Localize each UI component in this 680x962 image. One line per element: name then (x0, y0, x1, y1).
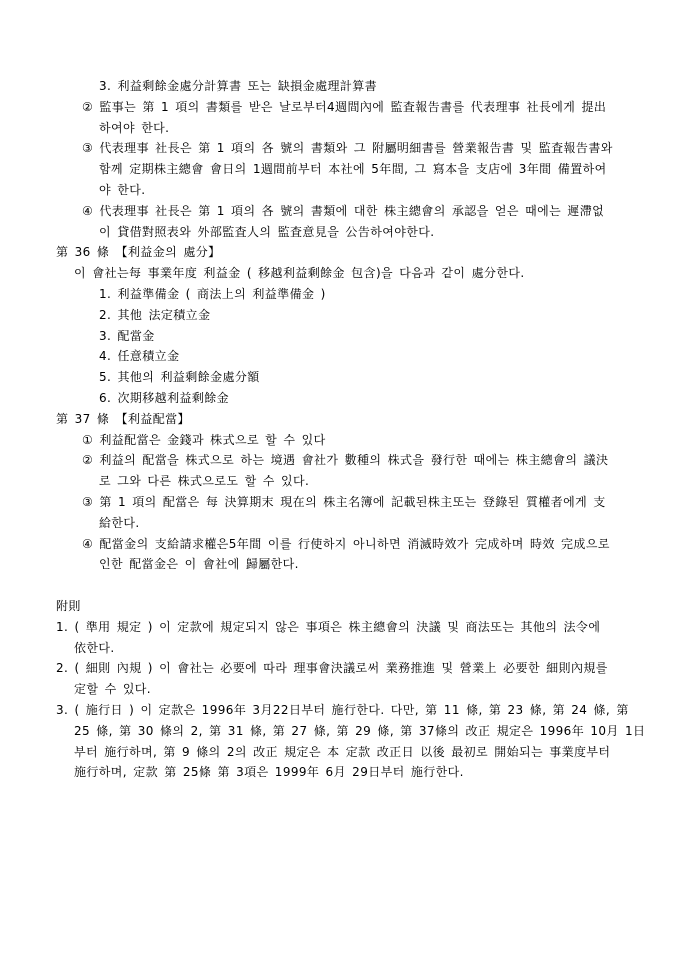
clause: ③ 第 1 項의 配當은 每 決算期末 現在의 株主名簿에 記載된株主또는 登錄… (82, 492, 680, 513)
continuation: 함께 定期株主總會 會日의 1週間前부터 本社에 5年間, 그 寫本을 支店에 … (99, 159, 680, 180)
paragraph-intro: 이 會社는每 事業年度 利益金 ( 移越利益剩餘金 包含)을 다음과 같이 處分… (74, 263, 680, 284)
blank-line (56, 575, 680, 596)
addendum-item: 3. ( 施行日 ) 이 定款은 1996年 3月22日부터 施行한다. 다만,… (56, 700, 680, 721)
continuation: 25 條, 第 30 條의 2, 第 31 條, 第 27 條, 第 29 條,… (74, 721, 680, 742)
continuation: 施行하며, 定款 第 25條 第 3項은 1999年 6月 29日부터 施行한다… (74, 762, 680, 783)
clause: ② 監事는 第 1 項의 書類를 받은 날로부터4週間內에 監査報告書를 代表理… (82, 97, 680, 118)
list-item: 3. 配當金 (99, 326, 680, 347)
addendum-heading: 附則 (56, 596, 680, 617)
continuation: 로 그와 다른 株式으로도 할 수 있다. (99, 471, 680, 492)
continuation: 하여야 한다. (99, 118, 680, 139)
clause: ② 利益의 配當을 株式으로 하는 境遇 會社가 數種의 株式을 發行한 때에는… (82, 450, 680, 471)
list-item: 5. 其他의 利益剩餘金處分額 (99, 367, 680, 388)
clause: ④ 配當金의 支給請求權은5年間 이를 行使하지 아니하면 消滅時效가 完成하며… (82, 534, 680, 555)
continuation: 야 한다. (99, 180, 680, 201)
addendum-item: 1. ( 準用 規定 ) 이 定款에 規定되지 않은 事項은 株主總會의 決議 … (56, 617, 680, 638)
list-item: 6. 次期移越利益剩餘金 (99, 388, 680, 409)
list-item: 2. 其他 法定積立金 (99, 305, 680, 326)
article-heading: 第 37 條 【利益配當】 (56, 409, 680, 430)
article-heading: 第 36 條 【利益金의 處分】 (56, 242, 680, 263)
document-page: 3. 利益剩餘金處分計算書 또는 缺損金處理計算書② 監事는 第 1 項의 書類… (0, 0, 680, 962)
continuation: 依한다. (74, 638, 680, 659)
list-item: 4. 任意積立金 (99, 346, 680, 367)
clause: ① 利益配當은 金錢과 株式으로 할 수 있다 (82, 430, 680, 451)
clause: ④ 代表理事 社長은 第 1 項의 各 號의 書類에 대한 株主總會의 承認을 … (82, 201, 680, 222)
continuation: 定할 수 있다. (74, 679, 680, 700)
document-text-block: 3. 利益剩餘金處分計算書 또는 缺損金處理計算書② 監事는 第 1 項의 書類… (0, 76, 680, 783)
list-item: 1. 利益準備金 ( 商法上의 利益準備金 ) (99, 284, 680, 305)
continuation: 인한 配當金은 이 會社에 歸屬한다. (99, 554, 680, 575)
list-item: 3. 利益剩餘金處分計算書 또는 缺損金處理計算書 (99, 76, 680, 97)
continuation: 이 貸借對照表와 外部監査人의 監査意見을 公告하여야한다. (99, 222, 680, 243)
continuation: 부터 施行하며, 第 9 條의 2의 改正 規定은 本 定款 改正日 以後 最初… (74, 742, 680, 763)
clause: ③ 代表理事 社長은 第 1 項의 各 號의 書類와 그 附屬明細書를 營業報告… (82, 138, 680, 159)
addendum-item: 2. ( 細則 內規 ) 이 會社는 必要에 따라 理事會決議로써 業務推進 및… (56, 658, 680, 679)
continuation: 給한다. (99, 513, 680, 534)
